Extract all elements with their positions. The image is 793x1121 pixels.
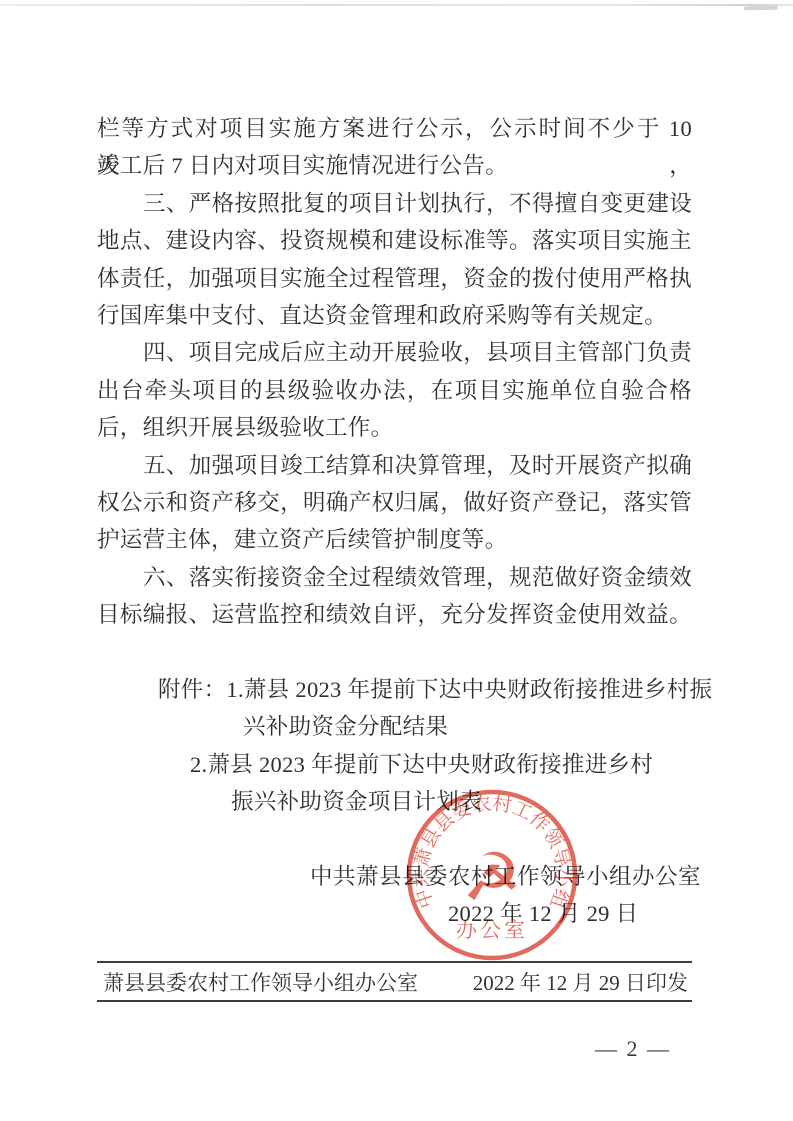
body-line: 三、严格按照批复的项目计划执行，不得擅自变更建设 — [97, 185, 692, 222]
signature-organization: 中共萧县县委农村工作领导小组办公室 — [97, 858, 692, 895]
body-line: 五、加强项目竣工结算和决算管理，及时开展资产拟确 — [97, 447, 692, 484]
blank-line — [97, 633, 692, 670]
body-line: 目标编报、运营监控和绩效自评，充分发挥资金使用效益。 — [97, 596, 692, 633]
footer-issuer: 萧县县委农村工作领导小组办公室 — [103, 967, 418, 997]
body-line: 地点、建设内容、投资规模和建设标准等。落实项目实施主 — [97, 222, 692, 259]
scan-artifact-smudge — [744, 6, 778, 11]
body-line: 四、项目完成后应主动开展验收，县项目主管部门负责 — [97, 334, 692, 371]
attachment-line-3: 2.萧县 2023 年提前下达中央财政衔接推进乡村 — [97, 746, 692, 783]
body-line: 权公示和资产移交，明确产权归属，做好资产登记，落实管 — [97, 484, 692, 521]
body-line: 出台牵头项目的县级验收办法，在项目实施单位自验合格 — [97, 372, 692, 409]
footer-colophon: 萧县县委农村工作领导小组办公室 2022 年 12 月 29 日印发 — [97, 961, 692, 1002]
footer-print-date: 2022 年 12 月 29 日印发 — [473, 967, 688, 997]
attachment-line-2: 兴补助资金分配结果 — [97, 708, 692, 745]
body-line: 六、落实衔接资金全过程绩效管理，规范做好资金绩效 — [97, 559, 692, 596]
body-line: 行国库集中支付、直达资金管理和政府采购等有关规定。 — [97, 297, 692, 334]
attachment-line-1: 附件：1.萧县 2023 年提前下达中央财政衔接推进乡村振 — [97, 671, 692, 708]
document-body: 栏等方式对项目实施方案进行公示，公示时间不少于 10 天， 竣工后 7 日内对项… — [97, 110, 692, 933]
body-line: 护运营主体，建立资产后续管护制度等。 — [97, 521, 692, 558]
body-line: 栏等方式对项目实施方案进行公示，公示时间不少于 10 天， — [97, 110, 692, 147]
signature-date: 2022 年 12 月 29 日 — [97, 895, 692, 932]
body-line: 体责任，加强项目实施全过程管理，资金的拨付使用严格执 — [97, 260, 692, 297]
attachment-line-4: 振兴补助资金项目计划表 — [97, 783, 692, 820]
body-line: 后，组织开展县级验收工作。 — [97, 409, 692, 446]
scan-artifact-line — [0, 4, 793, 6]
page-number: — 2 — — [595, 1036, 671, 1062]
document-page: 栏等方式对项目实施方案进行公示，公示时间不少于 10 天， 竣工后 7 日内对项… — [0, 0, 793, 1121]
blank-line — [97, 820, 692, 857]
